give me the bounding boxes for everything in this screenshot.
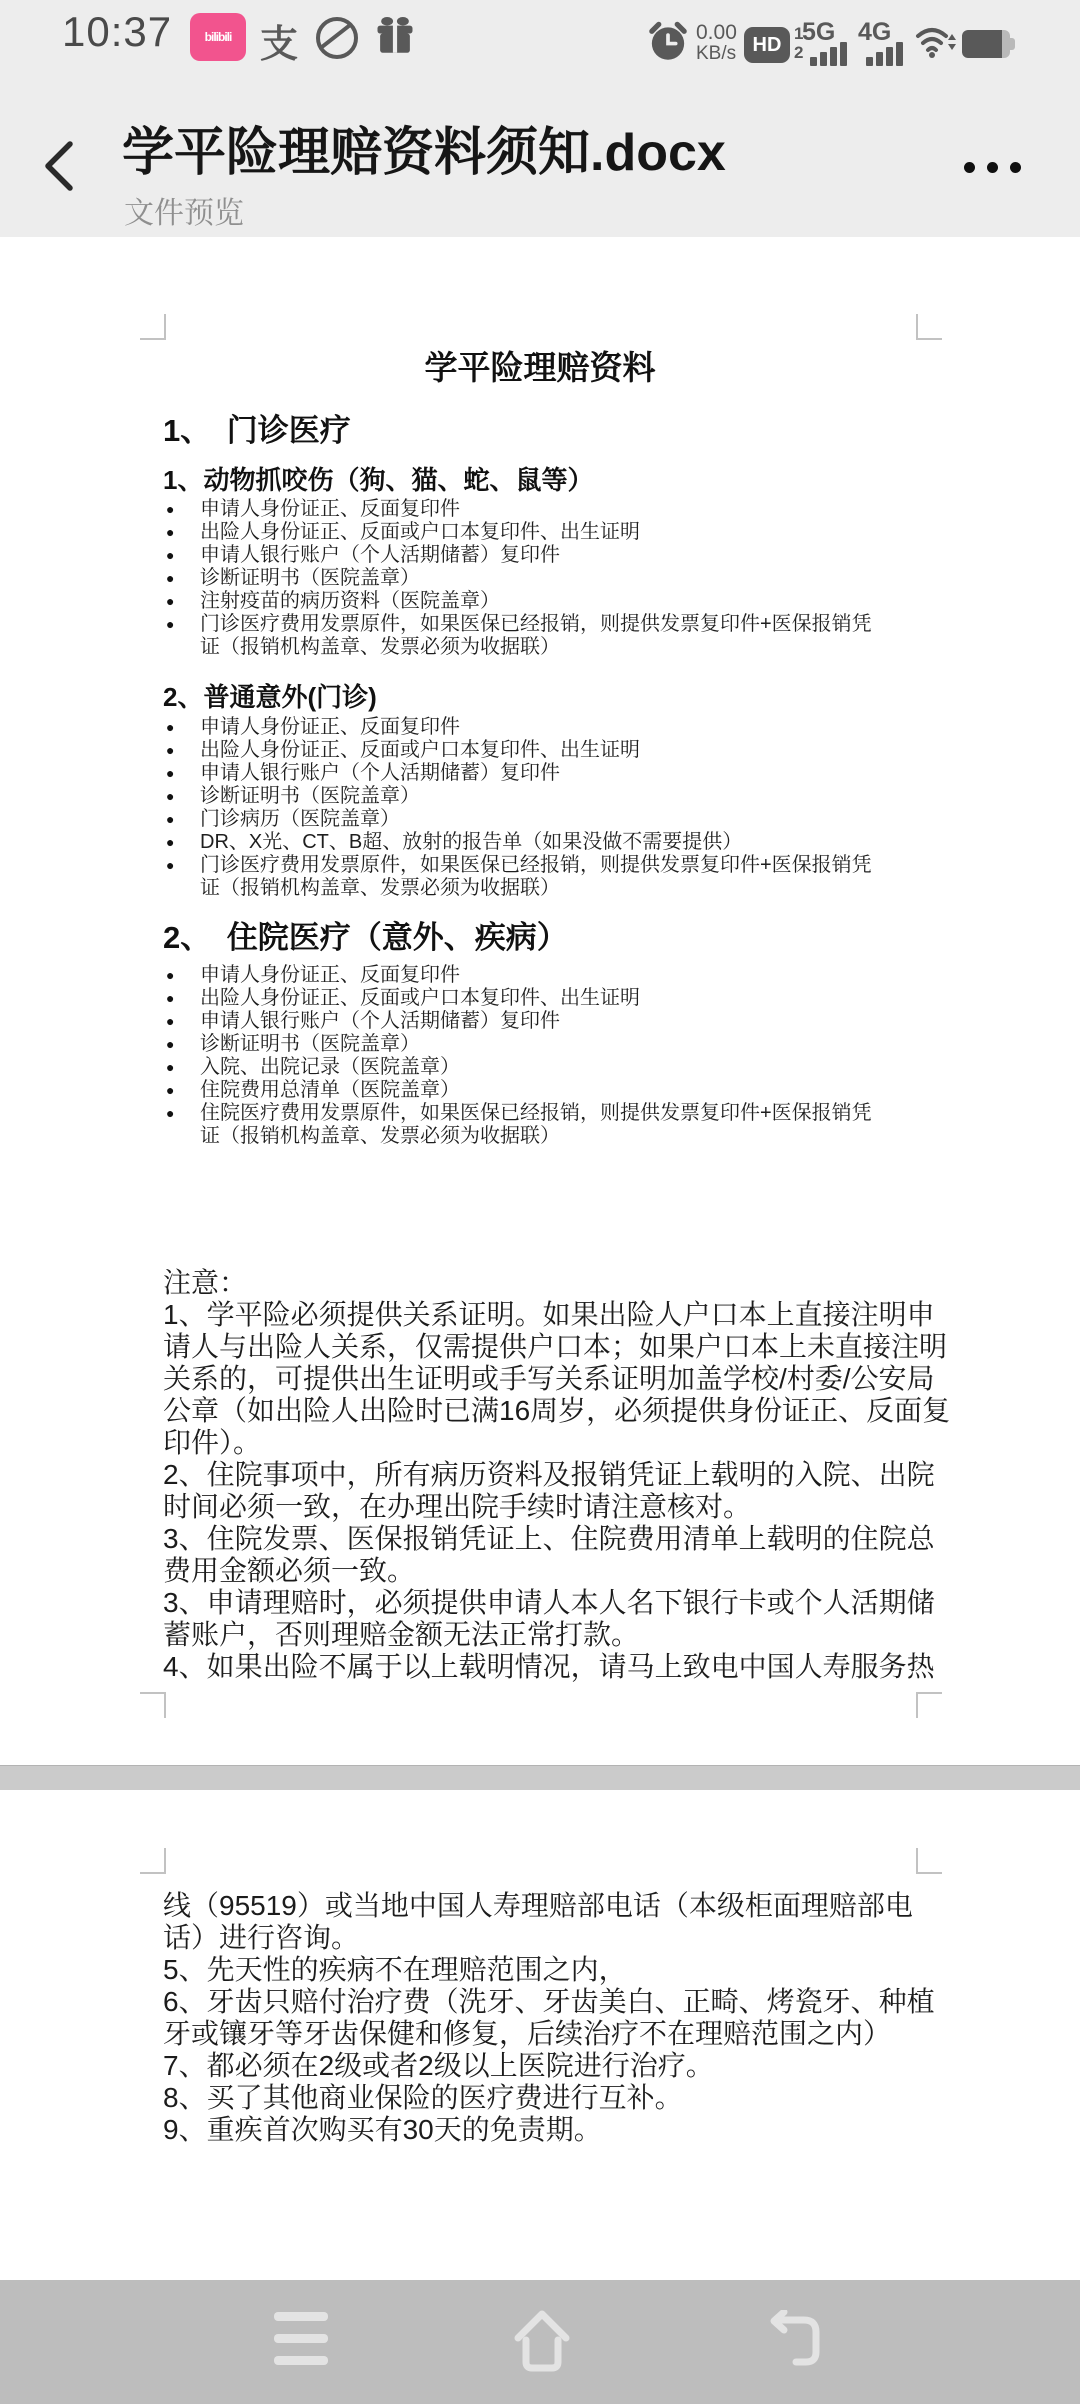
bullet-dot-icon: ● — [166, 1079, 200, 1102]
signal-5g-bars-icon — [810, 42, 850, 66]
clock-time: 10:37 — [62, 8, 172, 56]
text-line: 蓄账户，否则理赔金额无法正常打款。 — [163, 1619, 953, 1651]
bullet-item: ●门诊医疗费用发票原件，如果医保已经报销，则提供发票复印件+医保报销凭证（报销机… — [166, 854, 926, 900]
page-corner-mark — [140, 1848, 166, 1874]
text-line: 5、先天性的疾病不在理赔范围之内， — [163, 1954, 953, 1986]
bullet-item: ●门诊医疗费用发票原件，如果医保已经报销，则提供发票复印件+医保报销凭证（报销机… — [166, 613, 926, 659]
gift-notification-icon — [374, 16, 416, 63]
text-line: 话）进行咨询。 — [163, 1922, 953, 1954]
dot-icon — [964, 162, 975, 173]
bullet-text: 申请人身份证正、反面复印件 — [200, 716, 460, 739]
dot-icon — [1010, 162, 1021, 173]
bullet-text: 入院、出院记录（医院盖章） — [200, 1056, 460, 1079]
text-line: 3、住院发票、医保报销凭证上、住院费用清单上载明的住院总 — [163, 1523, 953, 1555]
signal-5g: 5G — [802, 18, 835, 47]
bullet-text: 诊断证明书（医院盖章） — [200, 1033, 420, 1056]
bilibili-app-icon: bilibili — [190, 13, 246, 61]
bullet-dot-icon: ● — [166, 987, 200, 1010]
bullet-item: ●注射疫苗的病历资料（医院盖章） — [166, 590, 926, 613]
back-nav-button[interactable] — [766, 2310, 824, 2377]
wifi-icon — [914, 24, 960, 65]
section-heading-hospitalization: 2、 住院医疗（意外、疾病） — [163, 912, 568, 957]
bullet-text: 申请人银行账户（个人活期储蓄）复印件 — [200, 1010, 560, 1033]
phone-screen: 10:37 bilibili 支 0.00 KB/s — [0, 0, 1080, 2404]
subsection-heading-common-accident: 2、普通意外(门诊) — [163, 677, 377, 714]
bullet-item: ●诊断证明书（医院盖章） — [166, 785, 926, 808]
bullet-item: ●申请人身份证正、反面复印件 — [166, 498, 926, 521]
file-title: 学平险理赔资料须知.docx — [122, 110, 952, 185]
text-line: 3、申请理赔时，必须提供申请人本人名下银行卡或个人活期储 — [163, 1587, 953, 1619]
bullet-list-animal-bite: ●申请人身份证正、反面复印件●出险人身份证正、反面或户口本复印件、出生证明●申请… — [166, 498, 926, 659]
text-line: 8、买了其他商业保险的医疗费进行互补。 — [163, 2082, 953, 2114]
status-bar: 10:37 bilibili 支 0.00 KB/s — [0, 0, 1080, 70]
bullet-dot-icon: ● — [166, 521, 200, 544]
page-corner-mark — [916, 314, 942, 340]
alipay-notification-icon: 支 — [260, 13, 298, 68]
bullet-dot-icon: ● — [166, 1033, 200, 1056]
bullet-text: 申请人身份证正、反面复印件 — [200, 498, 460, 521]
bullet-text: 住院医疗费用发票原件，如果医保已经报销，则提供发票复印件+医保报销凭证（报销机构… — [200, 1102, 885, 1148]
bullet-dot-icon: ● — [166, 716, 200, 739]
bullet-text: 出险人身份证正、反面或户口本复印件、出生证明 — [200, 987, 640, 1010]
bullet-dot-icon: ● — [166, 964, 200, 987]
bullet-item: ●出险人身份证正、反面或户口本复印件、出生证明 — [166, 987, 926, 1010]
document-title: 学平险理赔资料 — [0, 342, 1080, 389]
document-page-1: 学平险理赔资料 1、 门诊医疗 1、动物抓咬伤（狗、猫、蛇、鼠等） ●申请人身份… — [0, 237, 1080, 1765]
bullet-dot-icon: ● — [166, 1056, 200, 1079]
bullet-text: 门诊病历（医院盖章） — [200, 808, 400, 831]
text-line: 印件）。 — [163, 1427, 953, 1459]
menu-bar-icon — [274, 2312, 328, 2321]
text-line: 7、都必须在2级或者2级以上医院进行治疗。 — [163, 2050, 953, 2082]
bullet-text: 诊断证明书（医院盖章） — [200, 567, 420, 590]
bullet-text: 申请人身份证正、反面复印件 — [200, 964, 460, 987]
signal-4g: 4G — [858, 18, 891, 47]
menu-bar-icon — [274, 2334, 328, 2343]
bullet-dot-icon: ● — [166, 590, 200, 613]
page-corner-mark — [916, 1692, 942, 1718]
text-line: 费用金额必须一致。 — [163, 1555, 953, 1587]
bullet-item: ●门诊病历（医院盖章） — [166, 808, 926, 831]
bullet-item: ●住院费用总清单（医院盖章） — [166, 1079, 926, 1102]
bullet-item: ●入院、出院记录（医院盖章） — [166, 1056, 926, 1079]
section-heading-outpatient: 1、 门诊医疗 — [163, 405, 351, 450]
text-line: 6、牙齿只赔付治疗费（洗牙、牙齿美白、正畸、烤瓷牙、种植 — [163, 1986, 953, 2018]
bullet-text: 诊断证明书（医院盖章） — [200, 785, 420, 808]
bullet-item: ●申请人身份证正、反面复印件 — [166, 716, 926, 739]
battery-icon — [962, 30, 1014, 58]
subsection-heading-animal-bite: 1、动物抓咬伤（狗、猫、蛇、鼠等） — [163, 460, 593, 497]
menu-bar-icon — [274, 2356, 328, 2365]
notes-section-continued: 线（95519）或当地中国人寿理赔部电话（本级柜面理赔部电话）进行咨询。5、先天… — [163, 1890, 953, 2146]
more-options-button[interactable] — [964, 162, 1021, 173]
bilibili-app-label: bilibili — [205, 30, 232, 44]
bullet-dot-icon: ● — [166, 785, 200, 808]
bullet-text: 住院费用总清单（医院盖章） — [200, 1079, 460, 1102]
text-line: 2、住院事项中，所有病历资料及报销凭证上载明的入院、出院 — [163, 1459, 953, 1491]
bullet-dot-icon: ● — [166, 762, 200, 785]
bullet-text: 出险人身份证正、反面或户口本复印件、出生证明 — [200, 739, 640, 762]
bullet-text: 门诊医疗费用发票原件，如果医保已经报销，则提供发票复印件+医保报销凭证（报销机构… — [200, 854, 885, 900]
alarm-clock-icon — [648, 20, 688, 69]
bullet-text: 注射疫苗的病历资料（医院盖章） — [200, 590, 500, 613]
dot-icon — [987, 162, 998, 173]
bullet-dot-icon: ● — [166, 808, 200, 831]
home-button[interactable] — [508, 2304, 576, 2381]
android-nav-bar — [0, 2280, 1080, 2404]
file-preview-header: 学平险理赔资料须知.docx 文件预览 — [0, 70, 1080, 237]
bullet-dot-icon: ● — [166, 854, 200, 877]
bullet-dot-icon: ● — [166, 1010, 200, 1033]
bullet-item: ●住院医疗费用发票原件，如果医保已经报销，则提供发票复印件+医保报销凭证（报销机… — [166, 1102, 926, 1148]
bullet-dot-icon: ● — [166, 567, 200, 590]
bullet-item: ●出险人身份证正、反面或户口本复印件、出生证明 — [166, 521, 926, 544]
bullet-item: ●申请人银行账户（个人活期储蓄）复印件 — [166, 762, 926, 785]
bullet-item: ●申请人银行账户（个人活期储蓄）复印件 — [166, 1010, 926, 1033]
bullet-text: 门诊医疗费用发票原件，如果医保已经报销，则提供发票复印件+医保报销凭证（报销机构… — [200, 613, 885, 659]
network-speed-value: 0.00 — [696, 22, 737, 43]
bullet-item: ●出险人身份证正、反面或户口本复印件、出生证明 — [166, 739, 926, 762]
text-line: 4、如果出险不属于以上载明情况，请马上致电中国人寿服务热 — [163, 1651, 953, 1683]
text-line: 1、学平险必须提供关系证明。如果出险人户口本上直接注明申 — [163, 1299, 953, 1331]
bullet-dot-icon: ● — [166, 544, 200, 567]
bullet-dot-icon: ● — [166, 1102, 200, 1125]
bullet-item: ●诊断证明书（医院盖章） — [166, 567, 926, 590]
back-button[interactable] — [38, 138, 78, 199]
bullet-text: DR、X光、CT、B超、放射的报告单（如果没做不需要提供） — [200, 831, 742, 854]
bullet-list-common-accident: ●申请人身份证正、反面复印件●出险人身份证正、反面或户口本复印件、出生证明●申请… — [166, 716, 926, 900]
page-corner-mark — [140, 314, 166, 340]
text-line: 公章（如出险人出险时已满16周岁，必须提供身份证正、反面复 — [163, 1395, 953, 1427]
bullet-item: ●申请人银行账户（个人活期储蓄）复印件 — [166, 544, 926, 567]
bullet-text: 申请人银行账户（个人活期储蓄）复印件 — [200, 762, 560, 785]
volte-hd-icon: HD — [744, 27, 790, 63]
bullet-text: 申请人银行账户（个人活期储蓄）复印件 — [200, 544, 560, 567]
text-line: 时间必须一致，在办理出院手续时请注意核对。 — [163, 1491, 953, 1523]
circle-slash-notification-icon — [316, 17, 358, 59]
bullet-dot-icon: ● — [166, 498, 200, 521]
text-line: 关系的，可提供出生证明或手写关系证明加盖学校/村委/公安局 — [163, 1363, 953, 1395]
document-page-2: 线（95519）或当地中国人寿理赔部电话（本级柜面理赔部电话）进行咨询。5、先天… — [0, 1790, 1080, 2280]
text-line: 牙或镶牙等牙齿保健和修复，后续治疗不在理赔范围之内） — [163, 2018, 953, 2050]
text-line: 线（95519）或当地中国人寿理赔部电话（本级柜面理赔部电 — [163, 1890, 953, 1922]
bullet-dot-icon: ● — [166, 739, 200, 762]
network-speed-unit: KB/s — [696, 43, 737, 64]
bullet-item: ●DR、X光、CT、B超、放射的报告单（如果没做不需要提供） — [166, 831, 926, 854]
bullet-list-hospitalization: ●申请人身份证正、反面复印件●出险人身份证正、反面或户口本复印件、出生证明●申请… — [166, 964, 926, 1148]
recent-apps-button[interactable] — [274, 2310, 328, 2372]
file-preview-subtitle: 文件预览 — [124, 188, 244, 232]
notes-section: 注意：1、学平险必须提供关系证明。如果出险人户口本上直接注明申请人与出险人关系，… — [163, 1267, 953, 1683]
network-speed-indicator: 0.00 KB/s — [696, 22, 737, 64]
text-line: 注意： — [163, 1267, 953, 1299]
signal-4g-bars-icon — [866, 42, 906, 66]
bullet-item: ●申请人身份证正、反面复印件 — [166, 964, 926, 987]
bullet-dot-icon: ● — [166, 613, 200, 636]
bullet-dot-icon: ● — [166, 831, 200, 854]
text-line: 请人与出险人关系，仅需提供户口本；如果户口本上未直接注明 — [163, 1331, 953, 1363]
page-corner-mark — [140, 1692, 166, 1718]
text-line: 9、重疾首次购买有30天的免责期。 — [163, 2114, 953, 2146]
page-corner-mark — [916, 1848, 942, 1874]
page-separator — [0, 1765, 1080, 1790]
bullet-item: ●诊断证明书（医院盖章） — [166, 1033, 926, 1056]
bullet-text: 出险人身份证正、反面或户口本复印件、出生证明 — [200, 521, 640, 544]
